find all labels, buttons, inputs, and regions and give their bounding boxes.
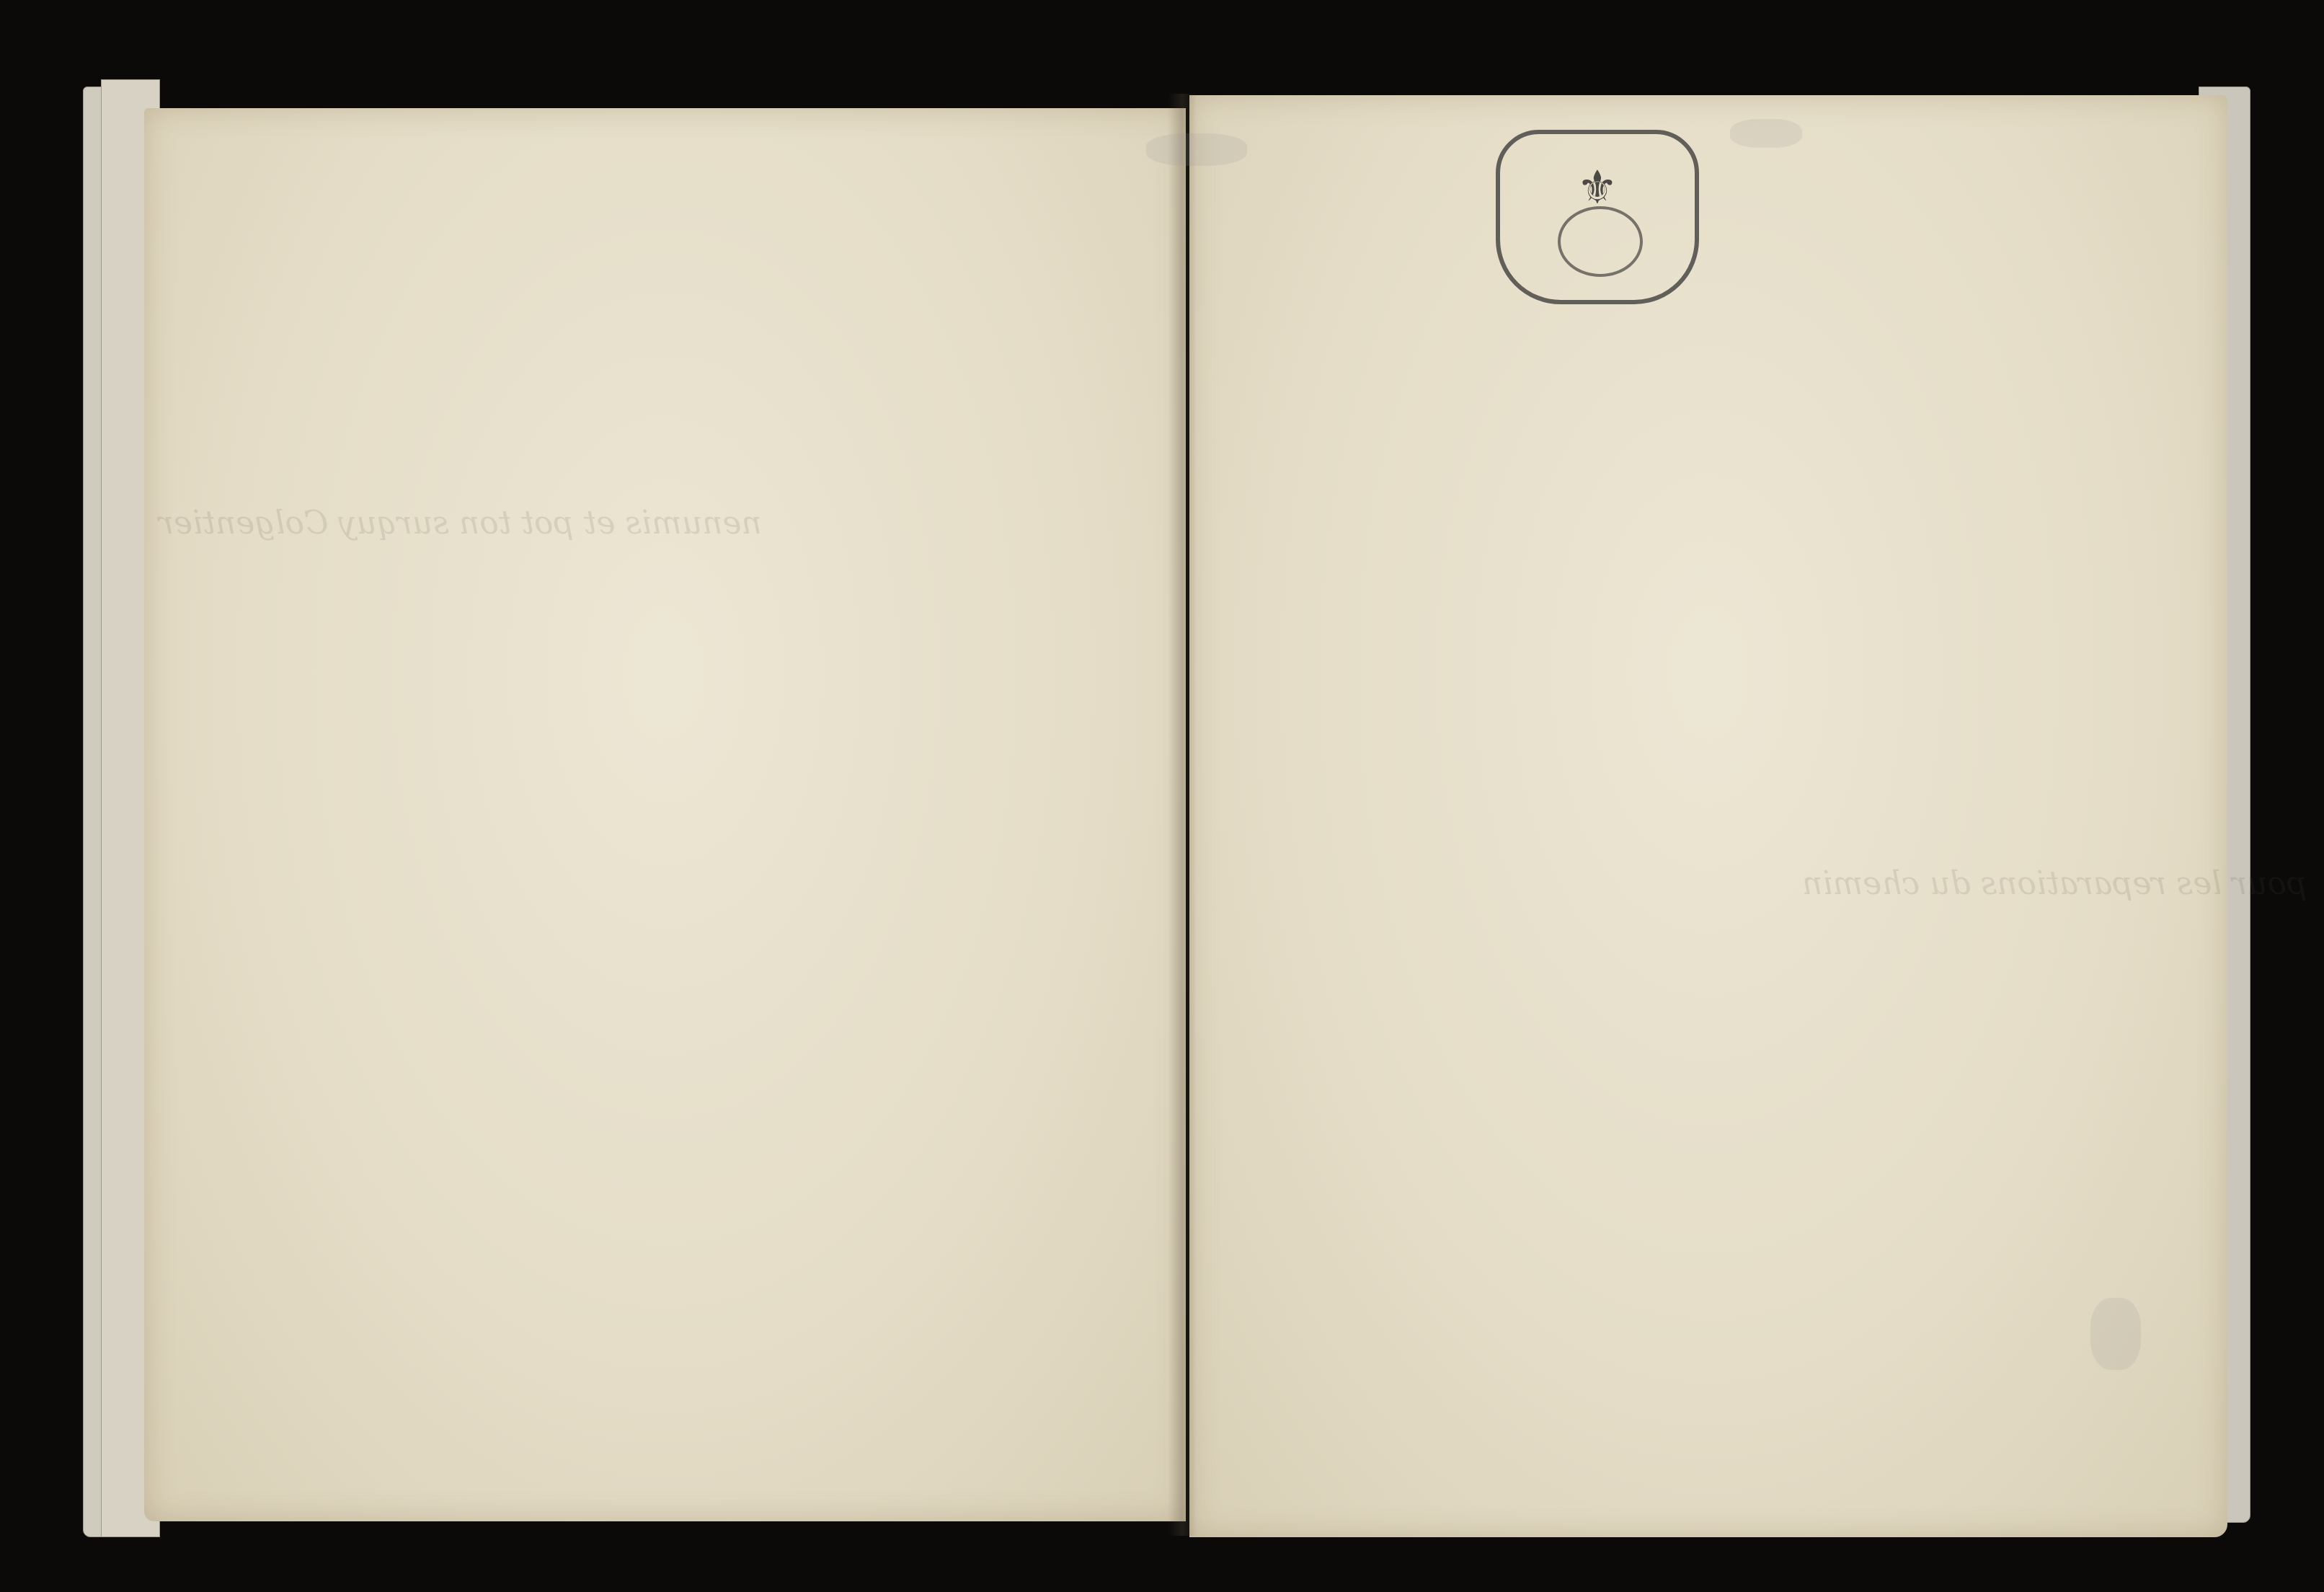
right-page — [1189, 95, 2227, 1537]
provence-tax-stamp: ⚜ — [1496, 130, 1699, 304]
stamp-seal-circle — [1558, 206, 1643, 277]
book-gutter — [1168, 94, 1197, 1536]
bleed-through-text: nenumis et pot ton surquy Colgentier — [159, 505, 762, 541]
bleed-through-text: pour les reparations du chemin — [1802, 865, 2307, 902]
left-page — [144, 108, 1186, 1521]
water-stain — [2090, 1298, 2141, 1370]
water-stain — [1730, 119, 1802, 148]
water-stain — [1146, 133, 1247, 166]
